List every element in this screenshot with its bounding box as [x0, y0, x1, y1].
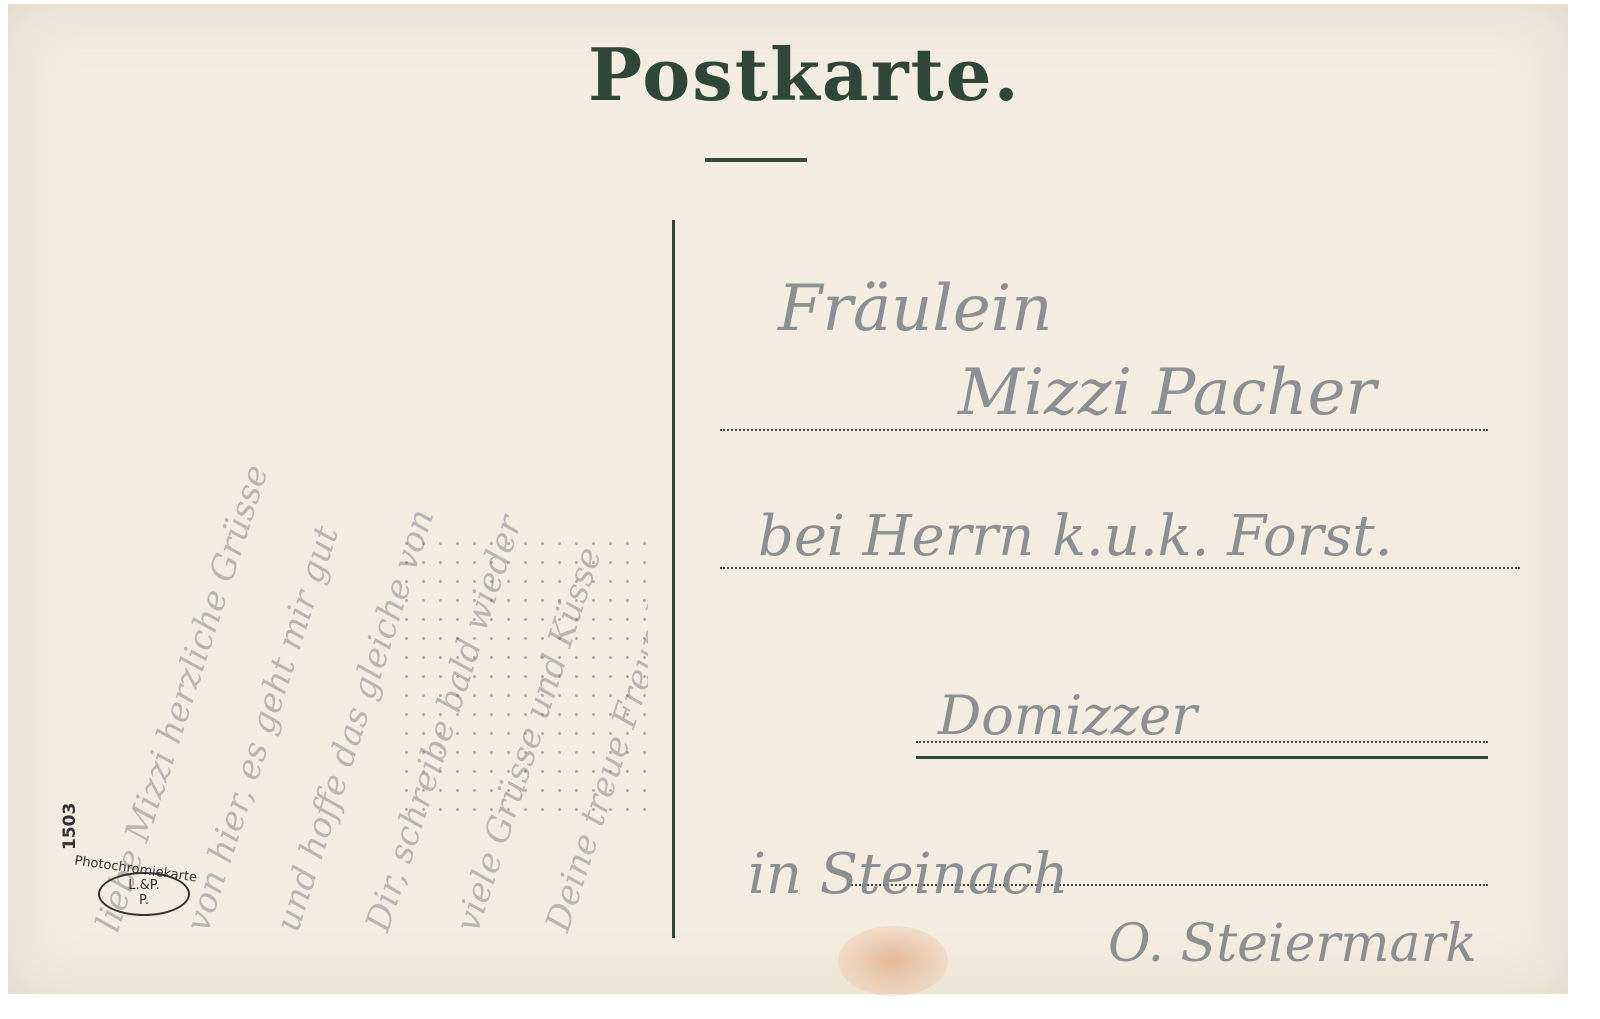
address-name: Mizzi Pacher [958, 356, 1376, 430]
publisher-logo-line2: P. [100, 893, 188, 908]
publisher-logo: L.&P. P. [98, 872, 190, 916]
foxing-spots [398, 534, 658, 814]
address-care-of: bei Herrn k.u.k. Forst. [758, 504, 1393, 569]
address-underline [916, 756, 1488, 759]
stain [838, 926, 948, 996]
center-divider [672, 220, 675, 938]
address-place: in Steinach [748, 842, 1069, 907]
postcard: Postkarte. liebe Mizzi herzliche Grüsse … [8, 4, 1568, 994]
title-underline [705, 158, 807, 162]
address-salutation: Fräulein [778, 272, 1052, 346]
postcard-title: Postkarte. [588, 32, 1021, 117]
address-town: Domizzer [938, 684, 1197, 747]
address-region: O. Steiermark [1108, 914, 1477, 974]
handwritten-message: liebe Mizzi herzliche Grüsse von hier, e… [28, 24, 648, 964]
publisher-logo-line1: L.&P. [100, 878, 188, 893]
serial-number: 1503 [60, 803, 80, 850]
